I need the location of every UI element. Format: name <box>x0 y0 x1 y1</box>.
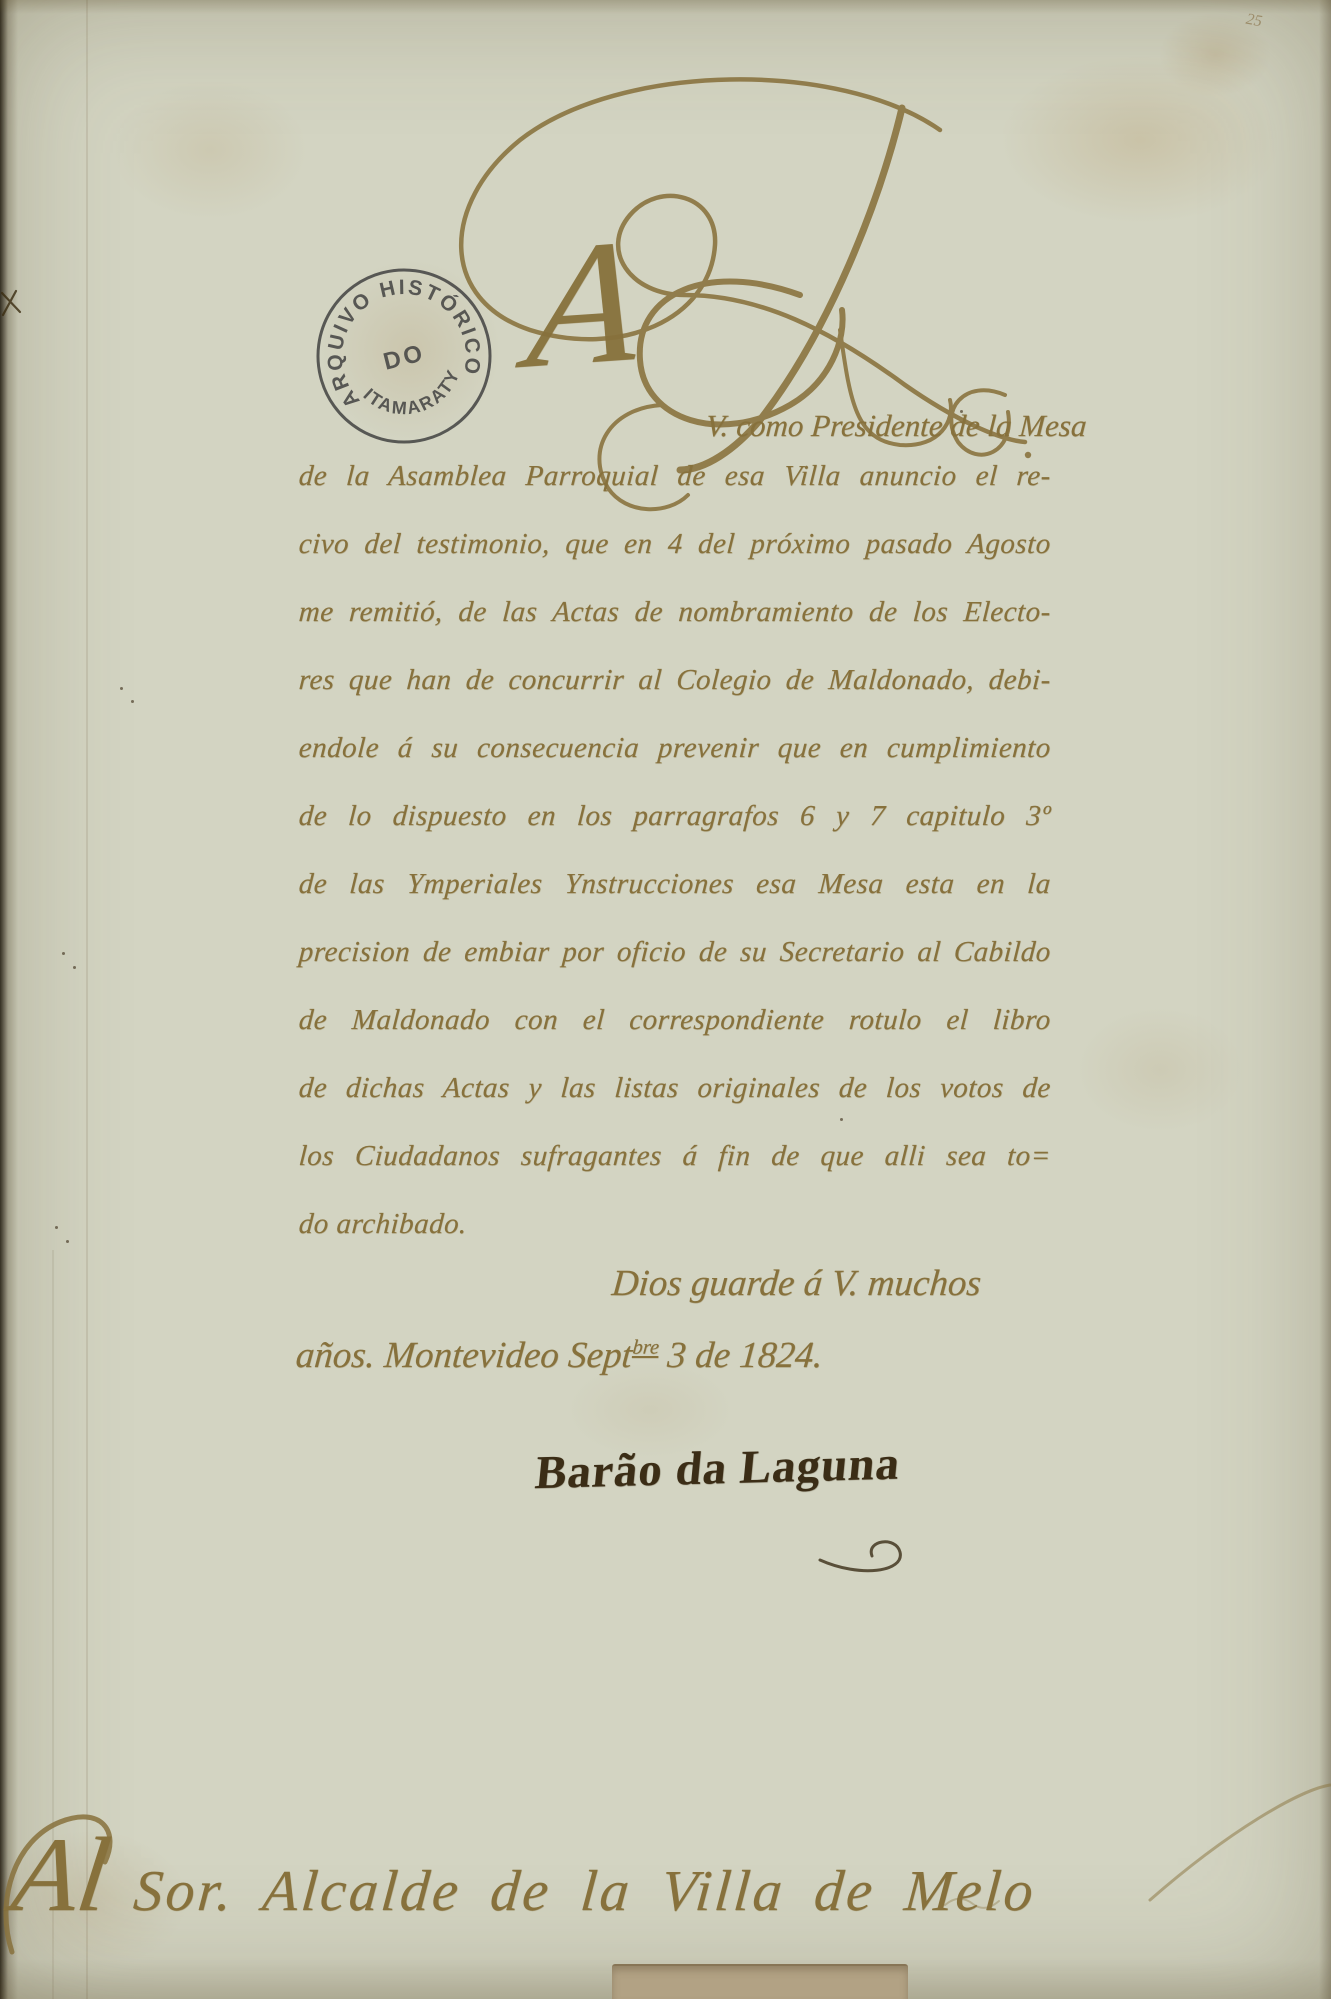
body-line: de dichas Actas y las listas originales … <box>298 1072 1052 1105</box>
ink-speck <box>62 952 65 955</box>
body-line: me remitió, de las Actas de nombramiento… <box>298 596 1052 629</box>
body-line: res que han de concurrir al Colegio de M… <box>298 664 1052 697</box>
repair-tape-strip <box>612 1964 908 1999</box>
stamp-outer-ring <box>300 252 509 461</box>
manuscript-page: ARQUIVO HISTÓRICO - ITAMARATY - DO 25 A … <box>0 0 1331 1999</box>
ink-speck <box>55 1226 58 1229</box>
ink-speck <box>120 687 123 690</box>
date-suffix: 3 de 1824. <box>657 1335 825 1376</box>
ink-speck <box>66 1240 69 1243</box>
body-line: de lo dispuesto en los parragrafos 6 y 7… <box>298 800 1052 833</box>
paper-fold-line <box>86 0 88 1999</box>
signature-underline-flourish <box>820 1542 900 1571</box>
ink-speck <box>840 1118 843 1121</box>
ink-speck <box>960 410 963 413</box>
folio-corner-note: 25 <box>1245 11 1264 32</box>
archive-stamp: ARQUIVO HISTÓRICO - ITAMARATY - DO <box>300 252 509 461</box>
valediction-line: Dios guarde á V. muchos <box>610 1262 983 1305</box>
address-text: Sor. Alcalde de la Villa de Melo <box>131 1857 1039 1924</box>
flourish-period-dot <box>1025 452 1031 458</box>
body-line: do archibado. <box>298 1208 1052 1241</box>
margin-x-mark <box>2 291 20 315</box>
signature: Barão da Laguna <box>533 1436 903 1500</box>
address-line: Al Sor. Alcalde de la Villa de Melo <box>14 1822 1324 1928</box>
initial-bowl-stroke <box>640 282 843 425</box>
date-line: años. Montevideo Septbre 3 de 1824. <box>294 1334 825 1377</box>
ink-speck <box>131 700 134 703</box>
stamp-center-text: DO <box>381 339 428 375</box>
left-curl-stroke <box>599 405 688 509</box>
date-prefix: años. Montevideo Sept <box>294 1335 634 1376</box>
date-superscript: bre <box>632 1337 660 1359</box>
margin-x-stroke <box>2 293 20 312</box>
decorated-initial: A <box>522 210 647 395</box>
stamp-arc-bottom-text: - ITAMARATY - <box>345 327 475 430</box>
ink-speck <box>73 966 76 969</box>
opening-line: V. como Presidente de la Mesa <box>705 408 1088 444</box>
stamp-arc-top-text: ARQUIVO HISTÓRICO <box>307 259 492 415</box>
body-line: civo del testimonio, que en 4 del próxim… <box>298 528 1052 561</box>
body-line: los Ciudadanos sufragantes á fin de que … <box>298 1140 1052 1173</box>
margin-x-stroke <box>3 291 16 315</box>
body-line: de las Ymperiales Ynstrucciones esa Mesa… <box>298 868 1052 901</box>
address-initial: Al <box>7 1822 116 1928</box>
ink-flourish-layer: ARQUIVO HISTÓRICO - ITAMARATY - DO <box>0 0 1331 1999</box>
body-line: de Maldonado con el correspondiente rotu… <box>298 1004 1052 1037</box>
body-line: de la Asamblea Parroquial de esa Villa a… <box>298 460 1052 493</box>
body-line: endole á su consecuencia prevenir que en… <box>298 732 1052 765</box>
body-line: precision de embiar por oficio de su Sec… <box>298 936 1052 969</box>
